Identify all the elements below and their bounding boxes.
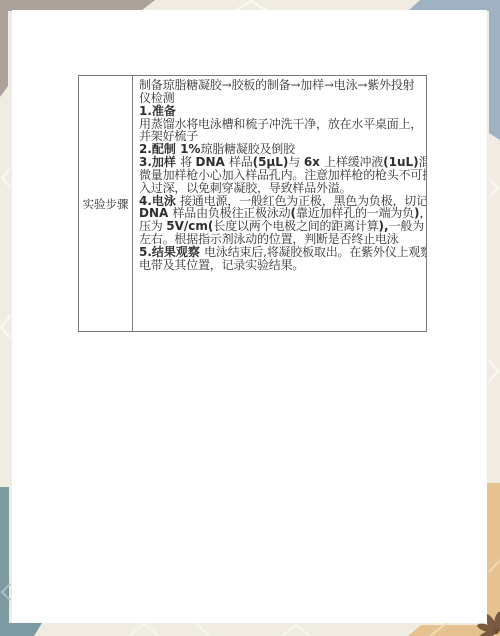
chevron-decoration	[129, 624, 159, 636]
chevron-decoration	[1, 315, 11, 339]
chevron-decoration	[489, 360, 498, 382]
table-content-cell: 制备琼脂糖凝胶→胶板的制备→加样→电泳→紫外投射仪检测1.准备用蒸馏水将电泳槽和…	[133, 76, 426, 331]
chevron-decoration	[2, 168, 11, 188]
document-canvas: 实验步骤 制备琼脂糖凝胶→胶板的制备→加样→电泳→紫外投射仪检测1.准备用蒸馏水…	[0, 0, 500, 636]
chevron-decoration	[196, 624, 210, 636]
text-line: 电带及其位置，记录实验结果。	[139, 259, 422, 272]
experiment-steps-table: 实验步骤 制备琼脂糖凝胶→胶板的制备→加样→电泳→紫外投射仪检测1.准备用蒸馏水…	[78, 75, 427, 332]
chevron-decoration	[236, 1, 266, 10]
text-line: 仪检测	[139, 92, 422, 105]
chevron-decoration	[282, 625, 310, 636]
chevron-decoration	[489, 178, 498, 198]
text-line: 制备琼脂糖凝胶→胶板的制备→加样→电泳→紫外投射	[139, 79, 422, 92]
table-row-header: 实验步骤	[79, 76, 133, 331]
row-header-label: 实验步骤	[83, 196, 129, 212]
